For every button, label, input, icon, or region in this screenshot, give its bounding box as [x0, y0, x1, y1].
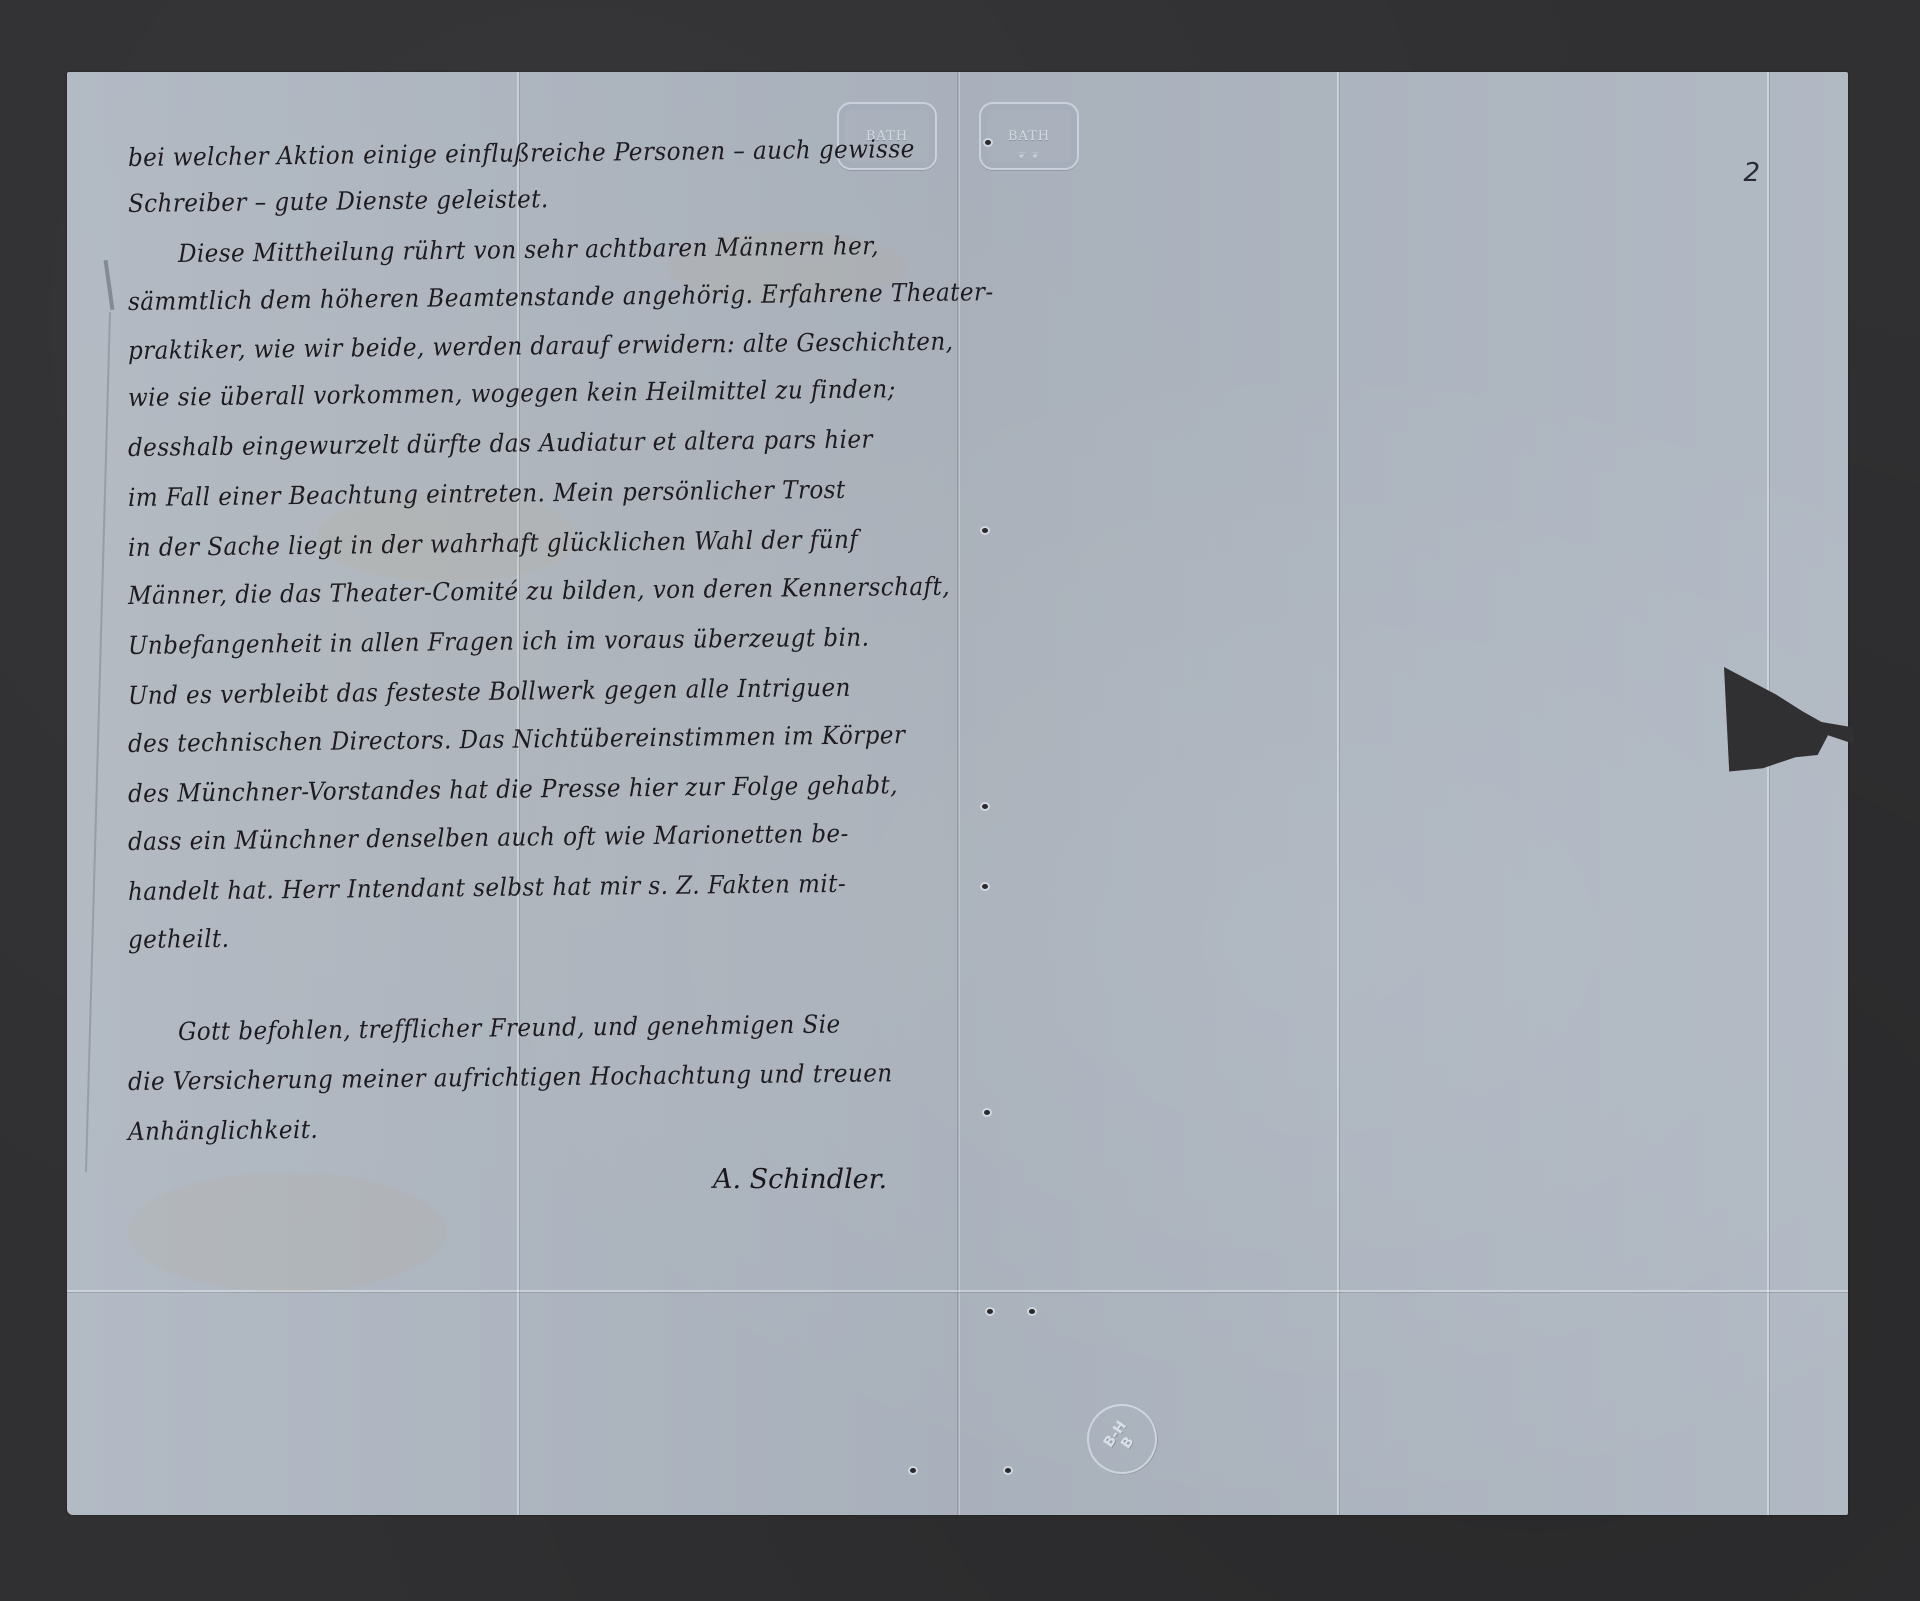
pinhole	[985, 140, 991, 145]
signature: A. Schindler.	[713, 1164, 887, 1195]
fold-line	[1337, 72, 1339, 1515]
pinhole	[910, 1468, 916, 1473]
fold-line	[67, 1290, 1848, 1292]
pinhole	[984, 1110, 990, 1115]
bath-emboss-stamp: BATH❦ ❦	[979, 102, 1079, 170]
pinhole	[1005, 1468, 1011, 1473]
pinhole	[1029, 1309, 1035, 1314]
pencil-margin-line	[85, 312, 111, 1172]
text-line: Schreiber – gute Dienste geleistet.	[128, 184, 549, 218]
pinhole	[982, 804, 988, 809]
pencil-mark	[104, 260, 115, 310]
paper-stain	[127, 1172, 447, 1292]
pinhole	[982, 528, 988, 533]
folio-number: 2	[1743, 158, 1760, 188]
text-line: Anhänglichkeit.	[128, 1115, 319, 1146]
pinhole	[987, 1309, 993, 1314]
pinhole	[982, 884, 988, 889]
text-line: getheilt.	[128, 924, 230, 954]
fold-line	[1767, 72, 1769, 1515]
